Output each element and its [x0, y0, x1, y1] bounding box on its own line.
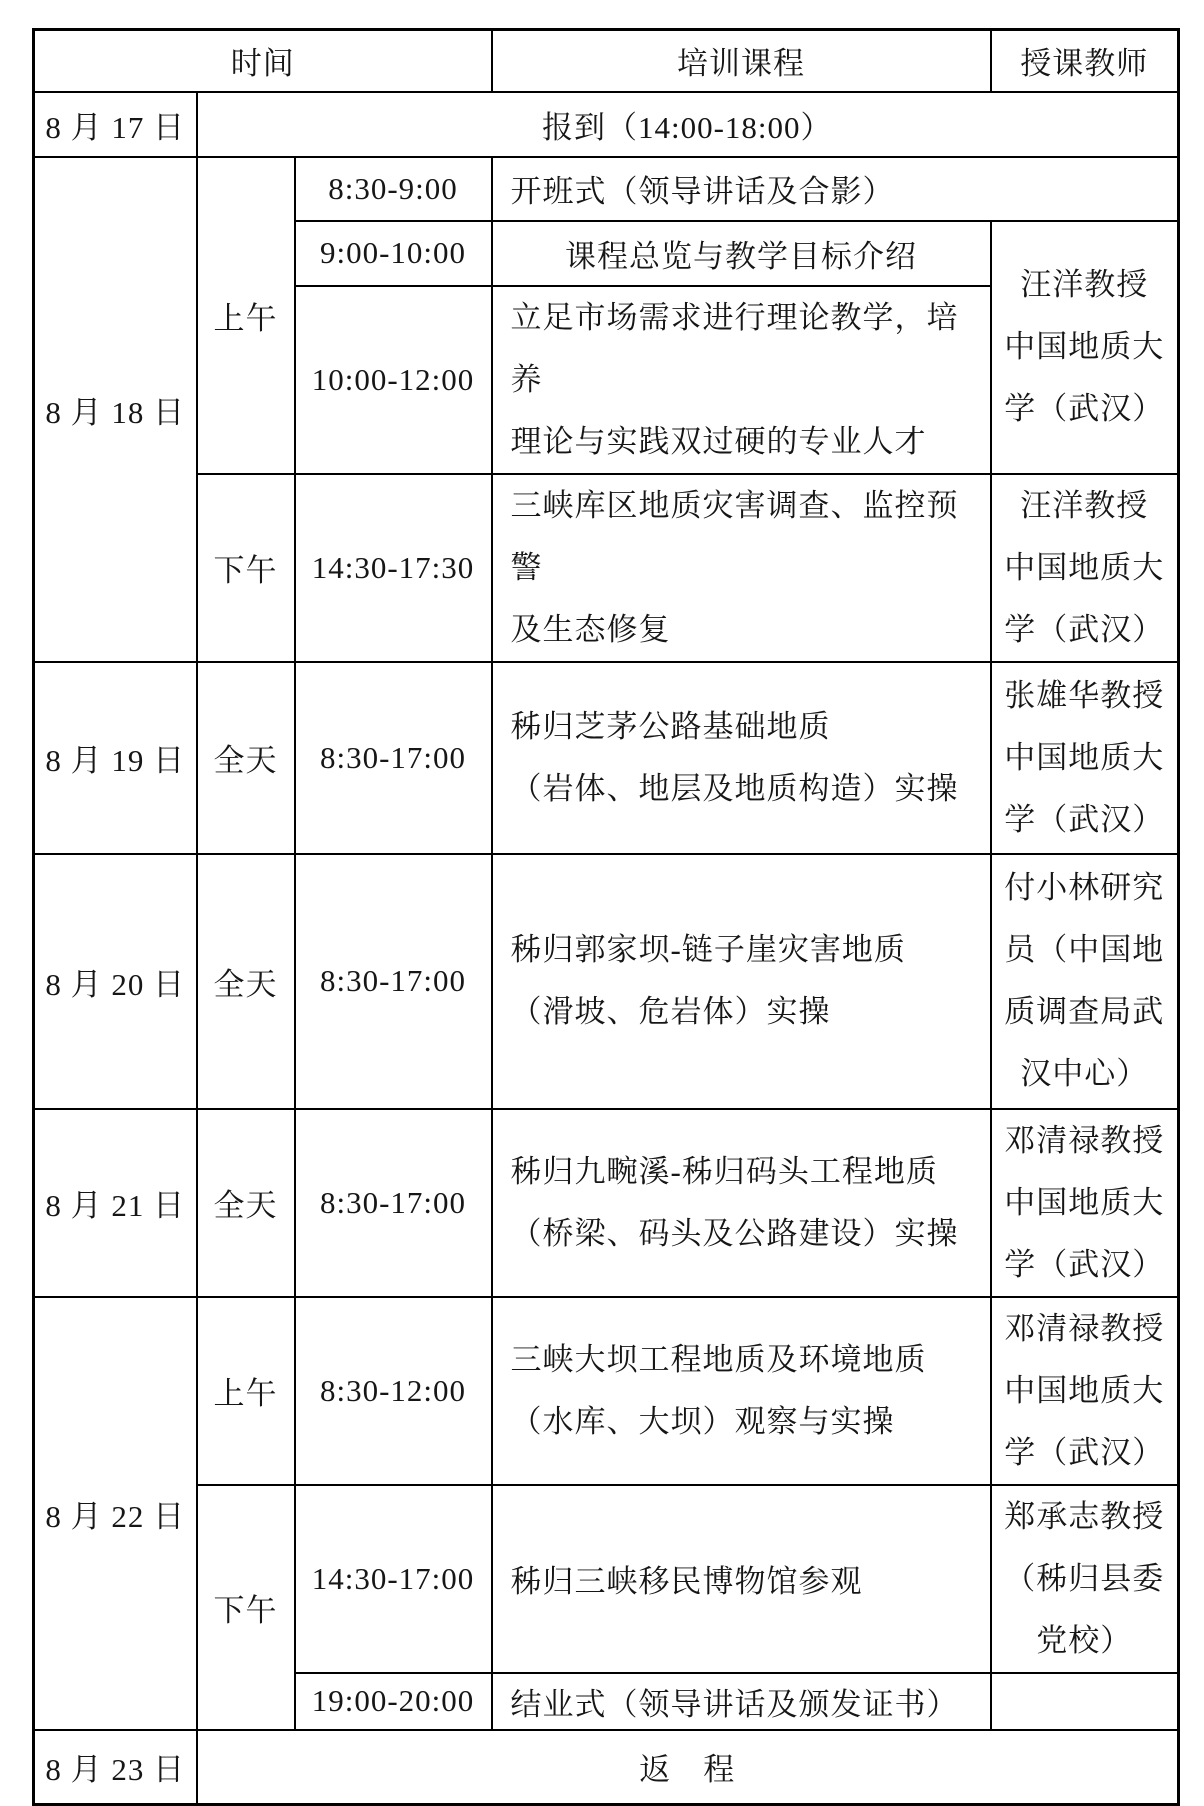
table-row-aug22-dam: 8 月 22 日 上午 8:30-12:00 三峡大坝工程地质及环境地质 （水库…	[34, 1297, 1179, 1485]
period-cell-aug18-morning: 上午	[197, 157, 295, 474]
time-cell-dam: 8:30-12:00	[295, 1297, 492, 1485]
teacher-line: 汪洋教授	[992, 254, 1178, 316]
course-line: 秭归郭家坝-链子崖灾害地质	[511, 919, 990, 981]
teacher-cell-deng-aug21: 邓清禄教授 中国地质大 学（武汉）	[991, 1109, 1179, 1297]
training-schedule-table: 时间 培训课程 授课教师 8 月 17 日 报到（14:00-18:00） 8 …	[32, 28, 1180, 1806]
event-cell-registration: 报到（14:00-18:00）	[197, 92, 1179, 157]
teacher-line: 质调查局武	[992, 981, 1178, 1043]
date-cell-aug18: 8 月 18 日	[34, 157, 197, 662]
course-line: 理论与实践双过硬的专业人才	[511, 411, 990, 473]
date-cell-aug21: 8 月 21 日	[34, 1109, 197, 1297]
course-cell-theory: 立足市场需求进行理论教学，培养 理论与实践双过硬的专业人才	[492, 286, 991, 474]
teacher-line: 邓清禄教授	[992, 1298, 1178, 1360]
teacher-line: 付小林研究	[992, 857, 1178, 919]
time-cell-theory: 10:00-12:00	[295, 286, 492, 474]
time-cell-closing: 19:00-20:00	[295, 1673, 492, 1730]
period-cell-aug22-afternoon: 下午	[197, 1485, 295, 1730]
teacher-line: 党校）	[992, 1610, 1178, 1672]
time-cell-survey: 14:30-17:30	[295, 474, 492, 662]
course-line: 及生态修复	[511, 599, 990, 661]
period-cell-aug20: 全天	[197, 854, 295, 1109]
period-cell-aug21: 全天	[197, 1109, 295, 1297]
period-cell-aug22-morning: 上午	[197, 1297, 295, 1485]
training-schedule-page: 时间 培训课程 授课教师 8 月 17 日 报到（14:00-18:00） 8 …	[0, 0, 1204, 1755]
teacher-cell-deng-aug22: 邓清禄教授 中国地质大 学（武汉）	[991, 1297, 1179, 1485]
course-cell-survey: 三峡库区地质灾害调查、监控预警 及生态修复	[492, 474, 991, 662]
teacher-line: 汪洋教授	[992, 475, 1178, 537]
time-cell-overview: 9:00-10:00	[295, 221, 492, 286]
header-time-cell: 时间	[34, 30, 492, 92]
date-cell-aug22: 8 月 22 日	[34, 1297, 197, 1730]
date-cell-aug23: 8 月 23 日	[34, 1730, 197, 1805]
teacher-line: 邓清禄教授	[992, 1110, 1178, 1172]
teacher-line: 学（武汉）	[992, 599, 1178, 661]
date-cell-aug17: 8 月 17 日	[34, 92, 197, 157]
teacher-line: 中国地质大	[992, 537, 1178, 599]
teacher-line: 学（武汉）	[992, 378, 1178, 440]
teacher-cell-fu: 付小林研究 员（中国地 质调查局武 汉中心）	[991, 854, 1179, 1109]
teacher-line: 中国地质大	[992, 1172, 1178, 1234]
teacher-line: 汉中心）	[992, 1043, 1178, 1105]
period-cell-aug19: 全天	[197, 662, 295, 854]
teacher-line: 员（中国地	[992, 919, 1178, 981]
course-cell-overview: 课程总览与教学目标介绍	[492, 221, 991, 286]
period-cell-aug18-afternoon: 下午	[197, 474, 295, 662]
course-line: 三峡库区地质灾害调查、监控预警	[511, 475, 990, 599]
teacher-cell-closing-empty	[991, 1673, 1179, 1730]
course-line: 三峡大坝工程地质及环境地质	[511, 1329, 990, 1391]
table-row-aug19: 8 月 19 日 全天 8:30-17:00 秭归芝茅公路基础地质 （岩体、地层…	[34, 662, 1179, 854]
table-row-aug22-museum: 下午 14:30-17:00 秭归三峡移民博物馆参观 郑承志教授 （秭归县委 党…	[34, 1485, 1179, 1673]
course-line: 秭归九畹溪-秭归码头工程地质	[511, 1141, 990, 1203]
course-line: 秭归芝茅公路基础地质	[511, 696, 990, 758]
course-cell-aug20: 秭归郭家坝-链子崖灾害地质 （滑坡、危岩体）实操	[492, 854, 991, 1109]
table-row-aug23: 8 月 23 日 返 程	[34, 1730, 1179, 1805]
course-line: （岩体、地层及地质构造）实操	[511, 758, 990, 820]
time-cell-aug20: 8:30-17:00	[295, 854, 492, 1109]
time-cell-aug21: 8:30-17:00	[295, 1109, 492, 1297]
event-cell-return: 返 程	[197, 1730, 1179, 1805]
teacher-cell-wang-afternoon: 汪洋教授 中国地质大 学（武汉）	[991, 474, 1179, 662]
table-row-aug21: 8 月 21 日 全天 8:30-17:00 秭归九畹溪-秭归码头工程地质 （桥…	[34, 1109, 1179, 1297]
teacher-line: 郑承志教授	[992, 1486, 1178, 1548]
teacher-cell-zheng: 郑承志教授 （秭归县委 党校）	[991, 1485, 1179, 1673]
course-line: 立足市场需求进行理论教学，培养	[511, 287, 990, 411]
teacher-cell-zhang: 张雄华教授 中国地质大 学（武汉）	[991, 662, 1179, 854]
teacher-line: 中国地质大	[992, 1360, 1178, 1422]
table-row-aug17: 8 月 17 日 报到（14:00-18:00）	[34, 92, 1179, 157]
table-row-aug18-survey: 下午 14:30-17:30 三峡库区地质灾害调查、监控预警 及生态修复 汪洋教…	[34, 474, 1179, 662]
course-cell-museum: 秭归三峡移民博物馆参观	[492, 1485, 991, 1673]
table-row-aug20: 8 月 20 日 全天 8:30-17:00 秭归郭家坝-链子崖灾害地质 （滑坡…	[34, 854, 1179, 1109]
teacher-line: 学（武汉）	[992, 789, 1178, 851]
table-header-row: 时间 培训课程 授课教师	[34, 30, 1179, 92]
time-cell-museum: 14:30-17:00	[295, 1485, 492, 1673]
course-cell-aug21: 秭归九畹溪-秭归码头工程地质 （桥梁、码头及公路建设）实操	[492, 1109, 991, 1297]
teacher-line: （秭归县委	[992, 1548, 1178, 1610]
course-cell-aug19: 秭归芝茅公路基础地质 （岩体、地层及地质构造）实操	[492, 662, 991, 854]
date-cell-aug19: 8 月 19 日	[34, 662, 197, 854]
time-cell-aug19: 8:30-17:00	[295, 662, 492, 854]
table-row-aug18-opening: 8 月 18 日 上午 8:30-9:00 开班式（领导讲话及合影）	[34, 157, 1179, 221]
course-line: （滑坡、危岩体）实操	[511, 981, 990, 1043]
course-cell-opening: 开班式（领导讲话及合影）	[492, 157, 1179, 221]
course-line: （桥梁、码头及公路建设）实操	[511, 1203, 990, 1265]
date-cell-aug20: 8 月 20 日	[34, 854, 197, 1109]
teacher-line: 中国地质大	[992, 316, 1178, 378]
teacher-line: 中国地质大	[992, 727, 1178, 789]
time-cell-opening: 8:30-9:00	[295, 157, 492, 221]
course-line: （水库、大坝）观察与实操	[511, 1391, 990, 1453]
course-cell-closing: 结业式（领导讲话及颁发证书）	[492, 1673, 991, 1730]
teacher-line: 学（武汉）	[992, 1234, 1178, 1296]
course-cell-dam: 三峡大坝工程地质及环境地质 （水库、大坝）观察与实操	[492, 1297, 991, 1485]
header-teacher-cell: 授课教师	[991, 30, 1179, 92]
teacher-line: 张雄华教授	[992, 665, 1178, 727]
teacher-line: 学（武汉）	[992, 1422, 1178, 1484]
teacher-cell-wang-morning: 汪洋教授 中国地质大 学（武汉）	[991, 221, 1179, 474]
header-course-cell: 培训课程	[492, 30, 991, 92]
